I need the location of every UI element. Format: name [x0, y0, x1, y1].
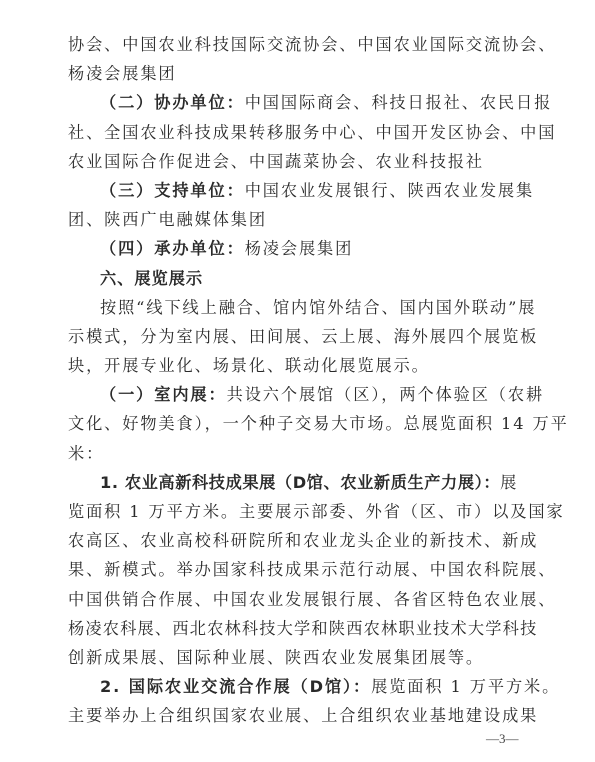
supporter-paragraph: （三）支持单位：中国农业发展银行、陕西农业发展集 — [68, 176, 524, 205]
text-line: 杨凌会展集团 — [68, 59, 524, 88]
line-text: 农高区、农业高校科研院所和农业龙头企业的新技术、新成 — [68, 531, 538, 550]
text-line: 社、全国农业科技成果转移服务中心、中国开发区协会、中国 — [68, 118, 524, 147]
section-label: （一）室内展： — [100, 385, 227, 404]
document-page: 协会、中国农业科技国际交流协会、中国农业国际交流协会、 杨凌会展集团 （二）协办… — [68, 30, 524, 731]
line-text: 团、陕西广电融媒体集团 — [68, 210, 267, 229]
text-line: 杨凌农科展、西北农林科技大学和陕西农林职业技术大学科技 — [68, 614, 524, 643]
line-text: 杨凌会展集团 — [68, 64, 177, 83]
text-line: 文化、好物美食），一个种子交易大市场。总展览面积 14 万平 — [68, 409, 524, 438]
line-text: 块，开展专业化、场景化、联动化展览展示。 — [68, 356, 430, 375]
text-line: 米： — [68, 439, 524, 468]
indoor-exhibition-paragraph: （一）室内展：共设六个展馆（区），两个体验区（农耕 — [68, 380, 524, 409]
line-text: 农业国际合作促进会、中国蔬菜协会、农业科技报社 — [68, 152, 484, 171]
section-heading: 六、展览展示 — [68, 264, 524, 293]
line-text: 文化、好物美食），一个种子交易大市场。总展览面积 14 万平 — [68, 414, 569, 433]
item-1-paragraph: 1. 农业高新科技成果展（D馆、农业新质生产力展）：展 — [68, 468, 524, 497]
line-text: 杨凌会展集团 — [245, 239, 354, 258]
line-text: 展览面积 1 万平方米。 — [371, 677, 560, 696]
co-organizer-paragraph: （二）协办单位：中国国际商会、科技日报社、农民日报 — [68, 88, 524, 117]
text-line: 果、新模式。举办国家科技成果示范行动展、中国农科院展、 — [68, 555, 524, 584]
line-text: 主要举办上合组织国家农业展、上合组织农业基地建设成果 — [68, 706, 538, 725]
line-text: 米： — [68, 444, 104, 463]
item-label: 1. 农业高新科技成果展（D馆、农业新质生产力展）： — [100, 473, 500, 492]
line-text: 果、新模式。举办国家科技成果示范行动展、中国农科院展、 — [68, 560, 556, 579]
line-text: 创新成果展、国际种业展、陕西农业发展集团展等。 — [68, 648, 484, 667]
text-line: 示模式，分为室内展、田间展、云上展、海外展四个展览板 — [68, 322, 524, 351]
text-line: 块，开展专业化、场景化、联动化展览展示。 — [68, 351, 524, 380]
text-line: 协会、中国农业科技国际交流协会、中国农业国际交流协会、 — [68, 30, 524, 59]
line-text: 中国国际商会、科技日报社、农民日报 — [245, 93, 553, 112]
line-text: 览面积 1 万平方米。主要展示部委、外省（区、市）以及国家 — [68, 502, 565, 521]
line-text: 中国农业发展银行、陕西农业发展集 — [245, 181, 534, 200]
heading-text: 六、展览展示 — [100, 269, 203, 288]
text-line: 按照“线下线上融合、馆内馆外结合、国内国外联动”展 — [68, 293, 524, 322]
line-text: 按照“线下线上融合、馆内馆外结合、国内国外联动”展 — [100, 298, 536, 317]
item-label: 2. 国际农业交流合作展（D馆）： — [100, 677, 371, 696]
text-line: 创新成果展、国际种业展、陕西农业发展集团展等。 — [68, 643, 524, 672]
section-label: （四）承办单位： — [100, 239, 245, 258]
line-text: 协会、中国农业科技国际交流协会、中国农业国际交流协会、 — [68, 35, 556, 54]
section-label: （三）支持单位： — [100, 181, 245, 200]
text-line: 中国供销合作展、中国农业发展银行展、各省区特色农业展、 — [68, 585, 524, 614]
text-line: 农业国际合作促进会、中国蔬菜协会、农业科技报社 — [68, 147, 524, 176]
host-paragraph: （四）承办单位：杨凌会展集团 — [68, 234, 524, 263]
line-text: 社、全国农业科技成果转移服务中心、中国开发区协会、中国 — [68, 123, 556, 142]
line-text: 共设六个展馆（区），两个体验区（农耕 — [227, 385, 544, 404]
page-number: —3— — [486, 731, 519, 747]
line-text: 杨凌农科展、西北农林科技大学和陕西农林职业技术大学科技 — [68, 619, 537, 638]
text-line: 农高区、农业高校科研院所和农业龙头企业的新技术、新成 — [68, 526, 524, 555]
text-line: 主要举办上合组织国家农业展、上合组织农业基地建设成果 — [68, 701, 524, 730]
item-2-paragraph: 2. 国际农业交流合作展（D馆）：展览面积 1 万平方米。 — [68, 672, 524, 701]
line-text: 展 — [500, 473, 518, 492]
section-label: （二）协办单位： — [100, 93, 245, 112]
line-text: 中国供销合作展、中国农业发展银行展、各省区特色农业展、 — [68, 590, 556, 609]
text-line: 团、陕西广电融媒体集团 — [68, 205, 524, 234]
line-text: 示模式，分为室内展、田间展、云上展、海外展四个展览板 — [68, 327, 538, 346]
text-line: 览面积 1 万平方米。主要展示部委、外省（区、市）以及国家 — [68, 497, 524, 526]
